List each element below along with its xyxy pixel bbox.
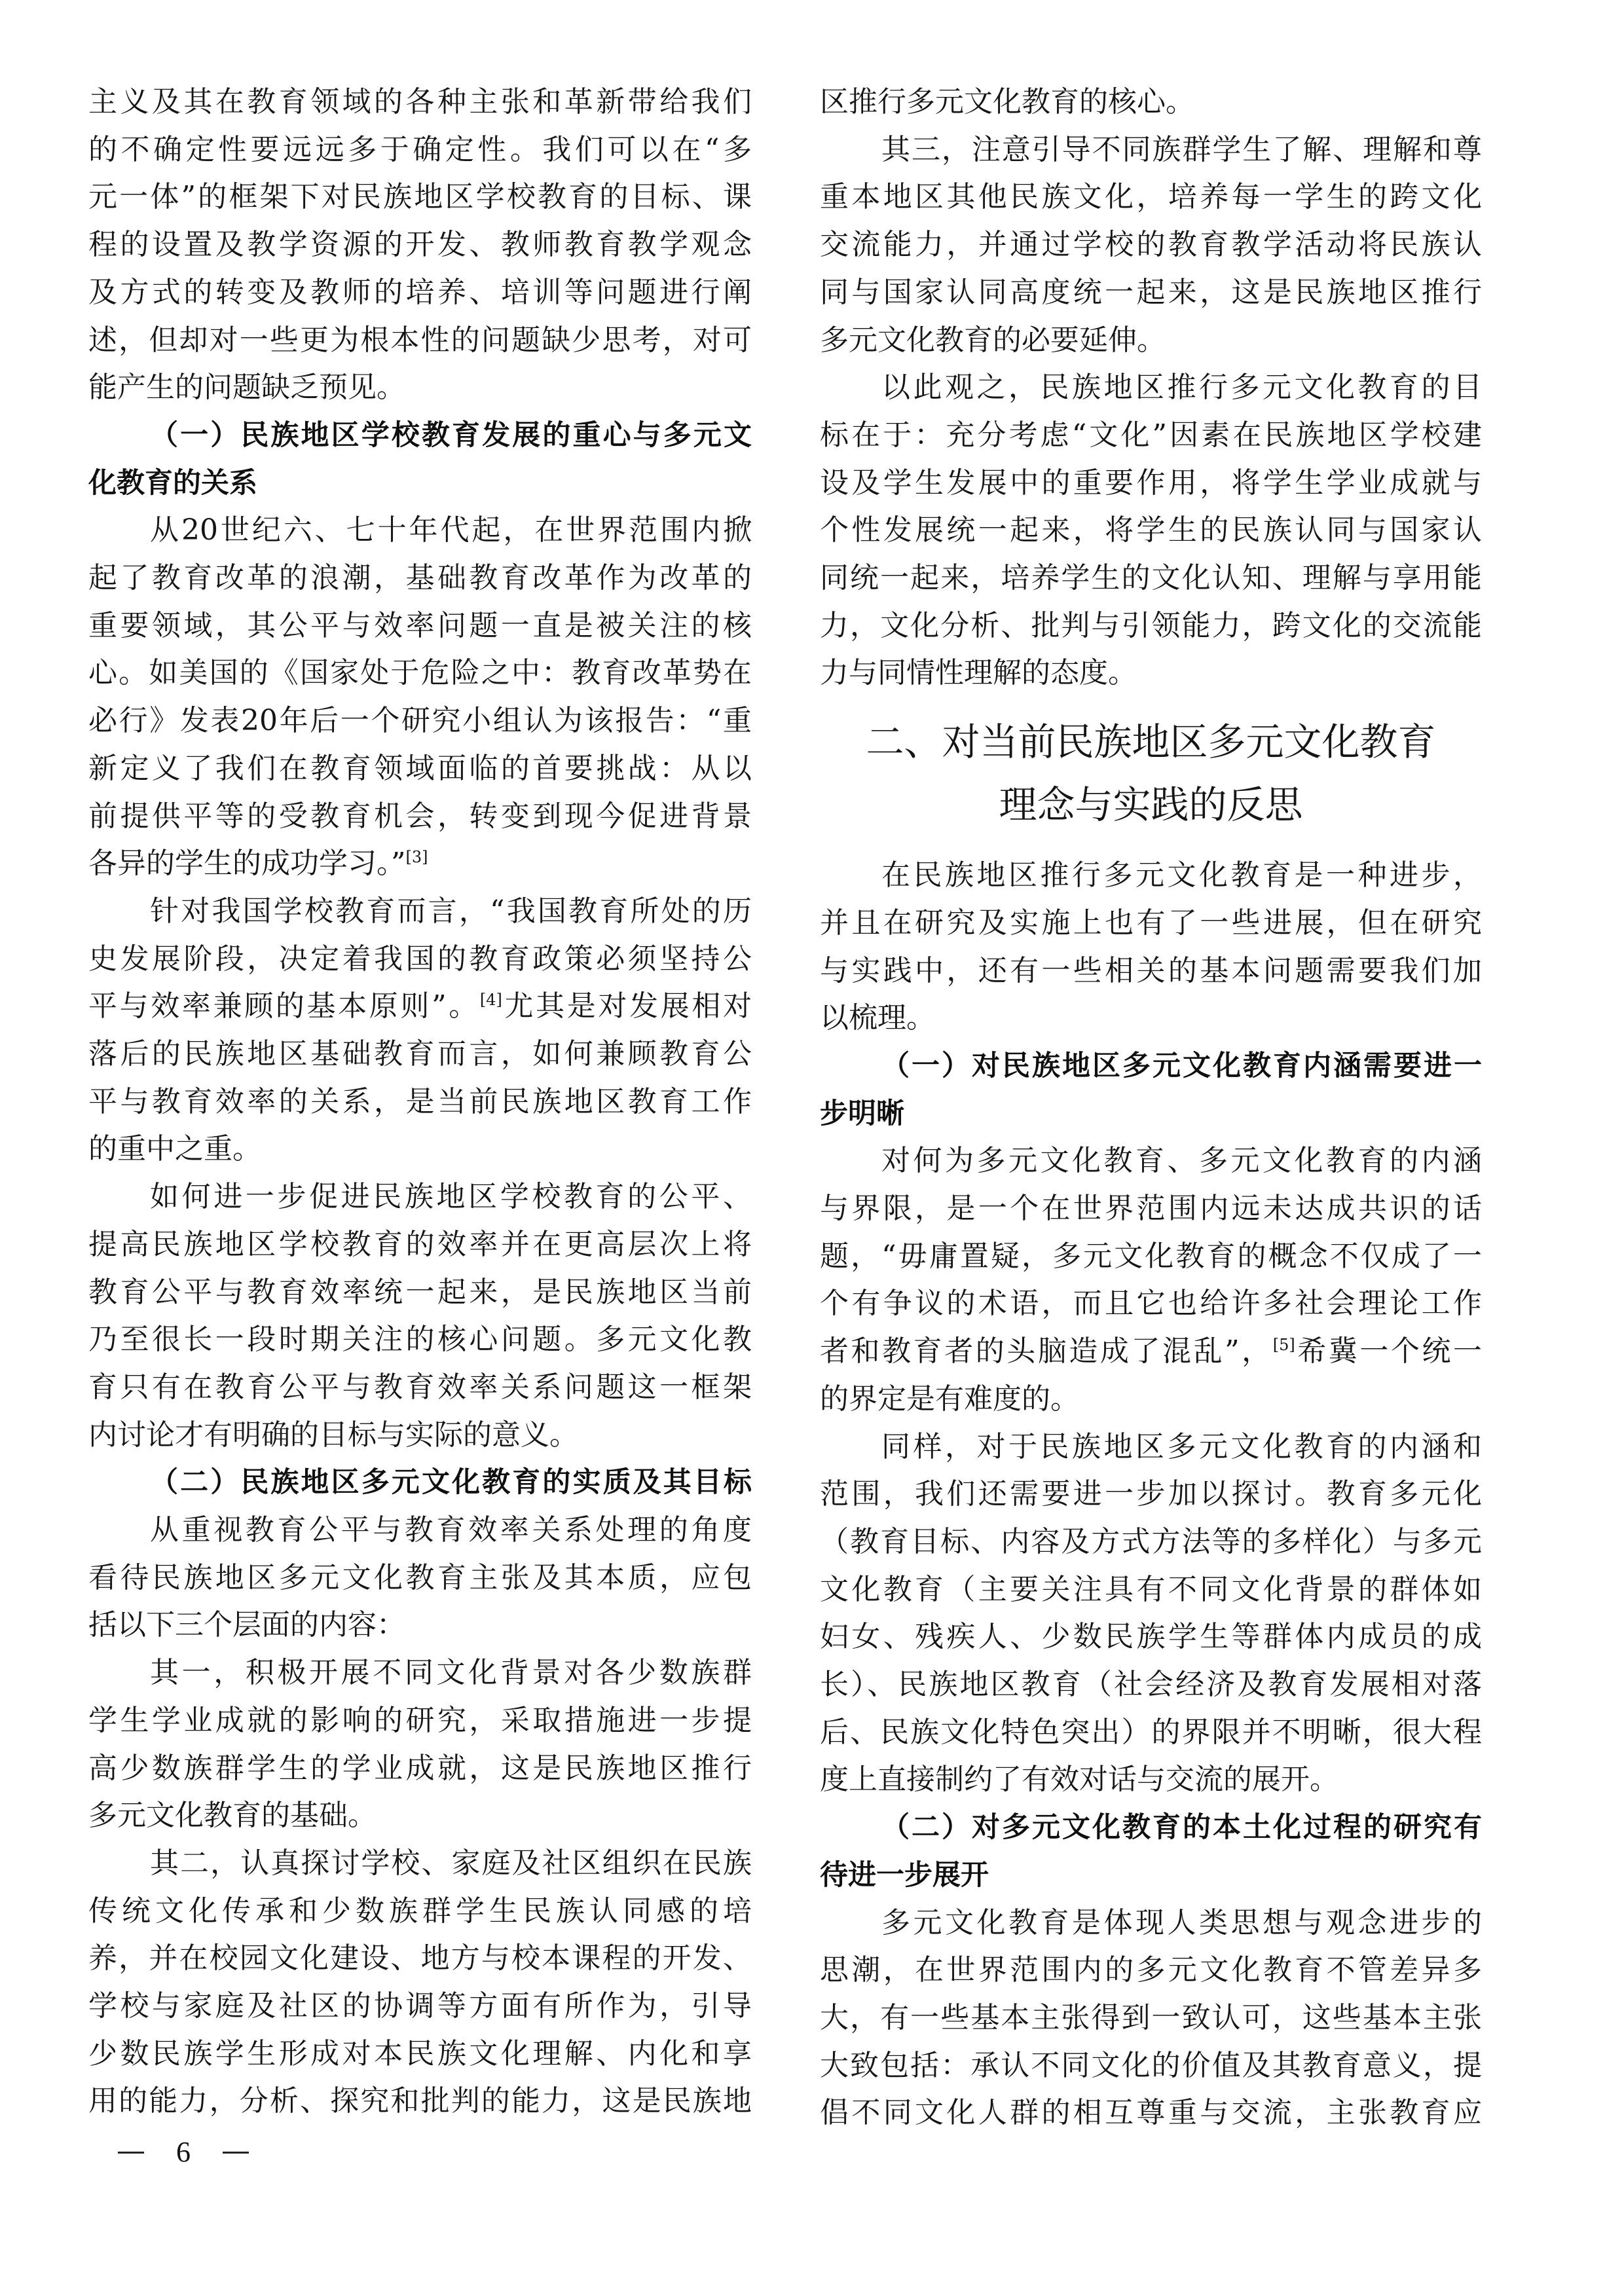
text-line: 针对我国学校教育而言，“我国教育所处的历 <box>88 893 752 930</box>
text-line: 者和教育者的头脑造成了混乱”，[5]希冀一个统一 <box>820 1333 1482 1370</box>
text-line: 如何进一步促进民族地区学校教育的公平、 <box>88 1179 752 1215</box>
line-text: 对何为多元文化教育、多元文化教育的内涵 <box>881 1144 1482 1177</box>
page-number: 6 <box>118 2136 249 2169</box>
text-line: 高少数族群学生的学业成就，这是民族地区推行 <box>88 1750 752 1787</box>
subheading-line: （二）对多元文化教育的本土化过程的研究有 <box>820 1809 1482 1846</box>
text-line: 多元文化教育是体现人类思想与观念进步的 <box>820 1905 1482 1941</box>
line-text: 教育公平与教育效率统一起来，是民族地区当前 <box>88 1276 752 1309</box>
text-line: 学生学业成就的影响的研究，采取措施进一步提 <box>88 1702 752 1739</box>
text-line: 以此观之，民族地区推行多元文化教育的目 <box>820 369 1482 406</box>
line-text: 题，“毋庸置疑，多元文化教育的概念不仅成了一 <box>820 1239 1482 1273</box>
text-line: 同样，对于民族地区多元文化教育的内涵和 <box>820 1429 1482 1465</box>
citation-reference: [4] <box>480 991 502 1009</box>
subheading-line: 步明晰 <box>820 1095 1482 1132</box>
subheading-line: 化教育的关系 <box>88 465 752 502</box>
text-line: 其一，积极开展不同文化背景对各少数族群 <box>88 1655 752 1691</box>
section-heading-line: 理念与实践的反思 <box>820 781 1482 828</box>
line-text: 从重视教育公平与教育效率关系处理的角度 <box>150 1513 752 1547</box>
line-text: 并且在研究及实施上也有了一些进展，但在研究 <box>820 906 1482 940</box>
line-text: 能产生的问题缺乏预见。 <box>88 371 405 404</box>
line-text: 各异的学生的成功学习。” <box>88 847 406 880</box>
document-page: 主义及其在教育领域的各种主张和革新带给我们的不确定性要远远多于确定性。我们可以在… <box>0 0 1624 2295</box>
text-line: 能产生的问题缺乏预见。 <box>88 369 752 406</box>
line-text: 乃至很长一段时期关注的核心问题。多元文化教 <box>88 1323 752 1356</box>
line-text: 范围，我们还需要进一步加以探讨。教育多元化 <box>820 1477 1482 1511</box>
line-text: 学校与家庭及社区的协调等方面有所作为，引导 <box>88 1989 752 2023</box>
text-line: 主义及其在教育领域的各种主张和革新带给我们 <box>88 84 752 120</box>
text-line: 从重视教育公平与教育效率关系处理的角度 <box>88 1512 752 1549</box>
text-line: 括以下三个层面的内容： <box>88 1607 752 1643</box>
line-text: 度上直接制约了有效对话与交流的展开。 <box>820 1763 1338 1796</box>
line-text: 区推行多元文化教育的核心。 <box>820 85 1194 119</box>
text-line: 与实践中，还有一些相关的基本问题需要我们加 <box>820 953 1482 989</box>
line-text: （二）民族地区多元文化教育的实质及其目标 <box>150 1466 752 1499</box>
line-text: 如何进一步促进民族地区学校教育的公平、 <box>150 1180 752 1213</box>
text-line: 重要领域，其公平与效率问题一直是被关注的核 <box>88 608 752 644</box>
text-line: 与界限，是一个在世界范围内远未达成共识的话 <box>820 1190 1482 1227</box>
line-text: 在民族地区推行多元文化教育是一种进步， <box>881 858 1482 892</box>
line-text: 与实践中，还有一些相关的基本问题需要我们加 <box>820 954 1482 987</box>
text-line: 用的能力，分析、探究和批判的能力，这是民族地 <box>88 2083 752 2120</box>
text-line: 看待民族地区多元文化教育主张及其本质，应包 <box>88 1560 752 1596</box>
text-line: 并且在研究及实施上也有了一些进展，但在研究 <box>820 905 1482 942</box>
line-text: 心。如美国的《国家处于危险之中：教育改革势在 <box>88 656 752 689</box>
line-text: 思潮，在世界范围内的多元文化教育不管差异多 <box>820 1953 1482 1987</box>
subheading-line: （一）民族地区学校教育发展的重心与多元文 <box>88 417 752 454</box>
line-text: 重要领域，其公平与效率问题一直是被关注的核 <box>88 609 752 642</box>
text-line: 程的设置及教学资源的开发、教师教育教学观念 <box>88 227 752 263</box>
line-text: 同统一起来，培养学生的文化认知、理解与享用能 <box>820 561 1482 595</box>
line-text: 看待民族地区多元文化教育主张及其本质，应包 <box>88 1561 752 1594</box>
line-text: 提高民族地区学校教育的效率并在更高层次上将 <box>88 1228 752 1261</box>
text-line: 乃至很长一段时期关注的核心问题。多元文化教 <box>88 1321 752 1358</box>
line-text: 新定义了我们在教育领域面临的首要挑战：从以 <box>88 752 752 785</box>
text-line: 传统文化传承和少数族群学生民族认同感的培 <box>88 1893 752 1930</box>
text-line: 心。如美国的《国家处于危险之中：教育改革势在 <box>88 655 752 691</box>
text-line: 文化教育（主要关注具有不同文化背景的群体如 <box>820 1571 1482 1608</box>
text-line: 平与效率兼顾的基本原则”。[4]尤其是对发展相对 <box>88 988 752 1025</box>
text-line: 教育公平与教育效率统一起来，是民族地区当前 <box>88 1274 752 1311</box>
line-text: 标在于：充分考虑“文化”因素在民族地区学校建 <box>820 418 1482 452</box>
line-text: 平与教育效率的关系，是当前民族地区教育工作 <box>88 1085 752 1118</box>
line-text: 必行》发表20年后一个研究小组认为该报告：“重 <box>88 704 752 737</box>
text-line: 从20世纪六、七十年代起，在世界范围内掀 <box>88 512 752 549</box>
line-text: 妇女、残疾人、少数民族学生等群体内成员的成 <box>820 1620 1482 1653</box>
text-line: 起了教育改革的浪潮，基础教育改革作为改革的 <box>88 560 752 597</box>
line-text: 倡不同文化人群的相互尊重与交流，主张教育应 <box>820 2096 1482 2129</box>
line-text: 大致包括：承认不同文化的价值及其教育意义，提 <box>820 2049 1482 2082</box>
line-text: 交流能力，并通过学校的教育教学活动将民族认 <box>820 228 1482 261</box>
text-line: 重本地区其他民族文化，培养每一学生的跨文化 <box>820 179 1482 215</box>
line-text: 程的设置及教学资源的开发、教师教育教学观念 <box>88 228 752 261</box>
line-text: 的重中之重。 <box>88 1132 261 1166</box>
section-heading-line: 二、对当前民族地区多元文化教育 <box>820 718 1482 765</box>
text-line: （教育目标、内容及方式方法等的多样化）与多元 <box>820 1524 1482 1560</box>
line-text: 多元文化教育的基础。 <box>88 1799 377 1832</box>
text-line: 力，文化分析、批判与引领能力，跨文化的交流能 <box>820 608 1482 644</box>
line-text: 内讨论才有明确的目标与实际的意义。 <box>88 1418 578 1452</box>
line-text: 养，并在校园文化建设、地方与校本课程的开发、 <box>88 1941 752 1975</box>
line-text: （一）民族地区学校教育发展的重心与多元文 <box>150 419 752 452</box>
text-line: 其三，注意引导不同族群学生了解、理解和尊 <box>820 132 1482 168</box>
line-text: 者和教育者的头脑造成了混乱”， <box>820 1334 1273 1368</box>
subheading-line: 待进一步展开 <box>820 1857 1482 1894</box>
line-text: 平与效率兼顾的基本原则”。 <box>88 989 480 1023</box>
line-text: 长）、民族地区教育（社会经济及教育发展相对落 <box>820 1668 1482 1701</box>
line-text: 同与国家认同高度统一起来，这是民族地区推行 <box>820 276 1482 309</box>
line-text: 其三，注意引导不同族群学生了解、理解和尊 <box>881 133 1482 166</box>
line-text: 的界定是有难度的。 <box>820 1382 1079 1416</box>
line-text: 与界限，是一个在世界范围内远未达成共识的话 <box>820 1192 1482 1225</box>
text-line: 度上直接制约了有效对话与交流的展开。 <box>820 1761 1482 1798</box>
text-line: 新定义了我们在教育领域面临的首要挑战：从以 <box>88 750 752 787</box>
text-line: 同与国家认同高度统一起来，这是民族地区推行 <box>820 274 1482 311</box>
line-text: 文化教育（主要关注具有不同文化背景的群体如 <box>820 1573 1482 1606</box>
line-text: 学生学业成就的影响的研究，采取措施进一步提 <box>88 1704 752 1737</box>
text-line: 少数民族学生形成对本民族文化理解、内化和享 <box>88 2036 752 2072</box>
line-text: 后、民族文化特色突出）的界限并不明晰，很大程 <box>820 1716 1482 1749</box>
line-text: 针对我国学校教育而言，“我国教育所处的历 <box>150 894 752 928</box>
line-text: 力与同情性理解的态度。 <box>820 656 1137 689</box>
text-line: 以梳理。 <box>820 1000 1482 1037</box>
line-text: 多元文化教育是体现人类思想与观念进步的 <box>881 1906 1482 1939</box>
line-text: 力，文化分析、批判与引领能力，跨文化的交流能 <box>820 609 1482 642</box>
line-text: 多元文化教育的必要延伸。 <box>820 323 1166 357</box>
page-number-value: 6 <box>176 2136 191 2169</box>
line-text: 大，有一些基本主张得到一致认可，这些基本主张 <box>820 2001 1482 2034</box>
line-text: 其一，积极开展不同文化背景对各少数族群 <box>150 1656 752 1689</box>
text-line: 内讨论才有明确的目标与实际的意义。 <box>88 1417 752 1454</box>
text-line: 区推行多元文化教育的核心。 <box>820 84 1482 120</box>
line-text: （教育目标、内容及方式方法等的多样化）与多元 <box>820 1525 1482 1558</box>
text-line: 提高民族地区学校教育的效率并在更高层次上将 <box>88 1226 752 1263</box>
text-line: 思潮，在世界范围内的多元文化教育不管差异多 <box>820 1952 1482 1989</box>
line-text: 少数民族学生形成对本民族文化理解、内化和享 <box>88 2037 752 2070</box>
line-text: 述，但却对一些更为根本性的问题缺少思考，对可 <box>88 323 752 357</box>
line-text: 重本地区其他民族文化，培养每一学生的跨文化 <box>820 180 1482 213</box>
text-line: 平与教育效率的关系，是当前民族地区教育工作 <box>88 1084 752 1120</box>
text-line: 述，但却对一些更为根本性的问题缺少思考，对可 <box>88 322 752 359</box>
text-line: 及方式的转变及教师的培养、培训等问题进行阐 <box>88 274 752 311</box>
text-line: 其二，认真探讨学校、家庭及社区组织在民族 <box>88 1845 752 1882</box>
text-line: 学校与家庭及社区的协调等方面有所作为，引导 <box>88 1988 752 2025</box>
line-text: 以梳理。 <box>820 1001 935 1035</box>
line-text: 同样，对于民族地区多元文化教育的内涵和 <box>881 1430 1482 1463</box>
subheading-line: （二）民族地区多元文化教育的实质及其目标 <box>88 1464 752 1501</box>
line-text: 个有争议的术语，而且它也给许多社会理论工作 <box>820 1287 1482 1320</box>
text-line: 前提供平等的受教育机会，转变到现今促进背景 <box>88 798 752 835</box>
text-line: 多元文化教育的必要延伸。 <box>820 322 1482 359</box>
line-text: 其二，认真探讨学校、家庭及社区组织在民族 <box>150 1846 752 1880</box>
citation-reference: [5] <box>1273 1336 1295 1354</box>
text-line: 范围，我们还需要进一步加以探讨。教育多元化 <box>820 1476 1482 1513</box>
dash-left <box>118 2152 144 2154</box>
text-line: 养，并在校园文化建设、地方与校本课程的开发、 <box>88 1940 752 1977</box>
line-text: 设及学生发展中的重要作用，将学生学业成就与 <box>820 466 1482 500</box>
text-line: 交流能力，并通过学校的教育教学活动将民族认 <box>820 227 1482 263</box>
text-line: 各异的学生的成功学习。”[3] <box>88 845 752 882</box>
text-line: 大，有一些基本主张得到一致认可，这些基本主张 <box>820 2000 1482 2036</box>
text-line: 设及学生发展中的重要作用，将学生学业成就与 <box>820 465 1482 502</box>
left-column: 主义及其在教育领域的各种主张和革新带给我们的不确定性要远远多于确定性。我们可以在… <box>88 0 752 2295</box>
line-text: 元一体”的框架下对民族地区学校教育的目标、课 <box>88 180 752 213</box>
text-line: 在民族地区推行多元文化教育是一种进步， <box>820 857 1482 894</box>
line-text-continued: 尤其是对发展相对 <box>502 989 752 1023</box>
text-line: 多元文化教育的基础。 <box>88 1797 752 1834</box>
text-line: 后、民族文化特色突出）的界限并不明晰，很大程 <box>820 1714 1482 1751</box>
text-line: 育只有在教育公平与教育效率关系问题这一框架 <box>88 1369 752 1406</box>
line-text: 二、对当前民族地区多元文化教育 <box>866 720 1435 764</box>
line-text: 的不确定性要远远多于确定性。我们可以在“多 <box>88 133 752 166</box>
line-text: 及方式的转变及教师的培养、培训等问题进行阐 <box>88 276 752 309</box>
line-text: 以此观之，民族地区推行多元文化教育的目 <box>881 371 1482 404</box>
text-line: 倡不同文化人群的相互尊重与交流，主张教育应 <box>820 2095 1482 2131</box>
line-text: 括以下三个层面的内容： <box>88 1608 405 1642</box>
line-text: 步明晰 <box>820 1097 904 1130</box>
text-line: 妇女、残疾人、少数民族学生等群体内成员的成 <box>820 1619 1482 1655</box>
line-text: 前提供平等的受教育机会，转变到现今促进背景 <box>88 799 752 833</box>
line-text: 主义及其在教育领域的各种主张和革新带给我们 <box>88 85 752 119</box>
text-line: 力与同情性理解的态度。 <box>820 655 1482 691</box>
line-text: 落后的民族地区基础教育而言，如何兼顾教育公 <box>88 1037 752 1071</box>
text-line: 个性发展统一起来，将学生的民族认同与国家认 <box>820 512 1482 549</box>
line-text: （一）对民族地区多元文化教育内涵需要进一 <box>881 1050 1482 1082</box>
text-line: 落后的民族地区基础教育而言，如何兼顾教育公 <box>88 1036 752 1073</box>
text-line: 史发展阶段，决定着我国的教育政策必须坚持公 <box>88 941 752 978</box>
line-text: 个性发展统一起来，将学生的民族认同与国家认 <box>820 513 1482 547</box>
line-text: 用的能力，分析、探究和批判的能力，这是民族地 <box>88 2084 752 2118</box>
text-line: 元一体”的框架下对民族地区学校教育的目标、课 <box>88 179 752 215</box>
line-text: 高少数族群学生的学业成就，这是民族地区推行 <box>88 1752 752 1785</box>
text-line: 对何为多元文化教育、多元文化教育的内涵 <box>820 1143 1482 1179</box>
citation-reference: [3] <box>406 848 428 866</box>
line-text: 理念与实践的反思 <box>999 782 1302 827</box>
line-text: （二）对多元文化教育的本土化过程的研究有 <box>881 1811 1482 1844</box>
subheading-line: （一）对民族地区多元文化教育内涵需要进一 <box>820 1048 1482 1084</box>
text-line: 个有争议的术语，而且它也给许多社会理论工作 <box>820 1285 1482 1322</box>
text-line: 的不确定性要远远多于确定性。我们可以在“多 <box>88 132 752 168</box>
line-text: 待进一步展开 <box>820 1859 989 1892</box>
dash-right <box>223 2152 249 2154</box>
text-line: 必行》发表20年后一个研究小组认为该报告：“重 <box>88 703 752 739</box>
line-text: 传统文化传承和少数族群学生民族认同感的培 <box>88 1894 752 1928</box>
text-line: 的界定是有难度的。 <box>820 1381 1482 1418</box>
line-text: 从20世纪六、七十年代起，在世界范围内掀 <box>150 513 752 547</box>
right-column: 区推行多元文化教育的核心。其三，注意引导不同族群学生了解、理解和尊重本地区其他民… <box>820 0 1482 2295</box>
line-text: 化教育的关系 <box>88 467 257 500</box>
text-line: 同统一起来，培养学生的文化认知、理解与享用能 <box>820 560 1482 597</box>
text-line: 长）、民族地区教育（社会经济及教育发展相对落 <box>820 1666 1482 1703</box>
text-line: 题，“毋庸置疑，多元文化教育的概念不仅成了一 <box>820 1238 1482 1275</box>
text-line: 大致包括：承认不同文化的价值及其教育意义，提 <box>820 2047 1482 2084</box>
line-text: 起了教育改革的浪潮，基础教育改革作为改革的 <box>88 561 752 595</box>
line-text-continued: 希冀一个统一 <box>1295 1334 1482 1368</box>
text-line: 标在于：充分考虑“文化”因素在民族地区学校建 <box>820 417 1482 454</box>
line-text: 史发展阶段，决定着我国的教育政策必须坚持公 <box>88 942 752 976</box>
text-line: 的重中之重。 <box>88 1131 752 1167</box>
line-text: 育只有在教育公平与教育效率关系问题这一框架 <box>88 1370 752 1404</box>
